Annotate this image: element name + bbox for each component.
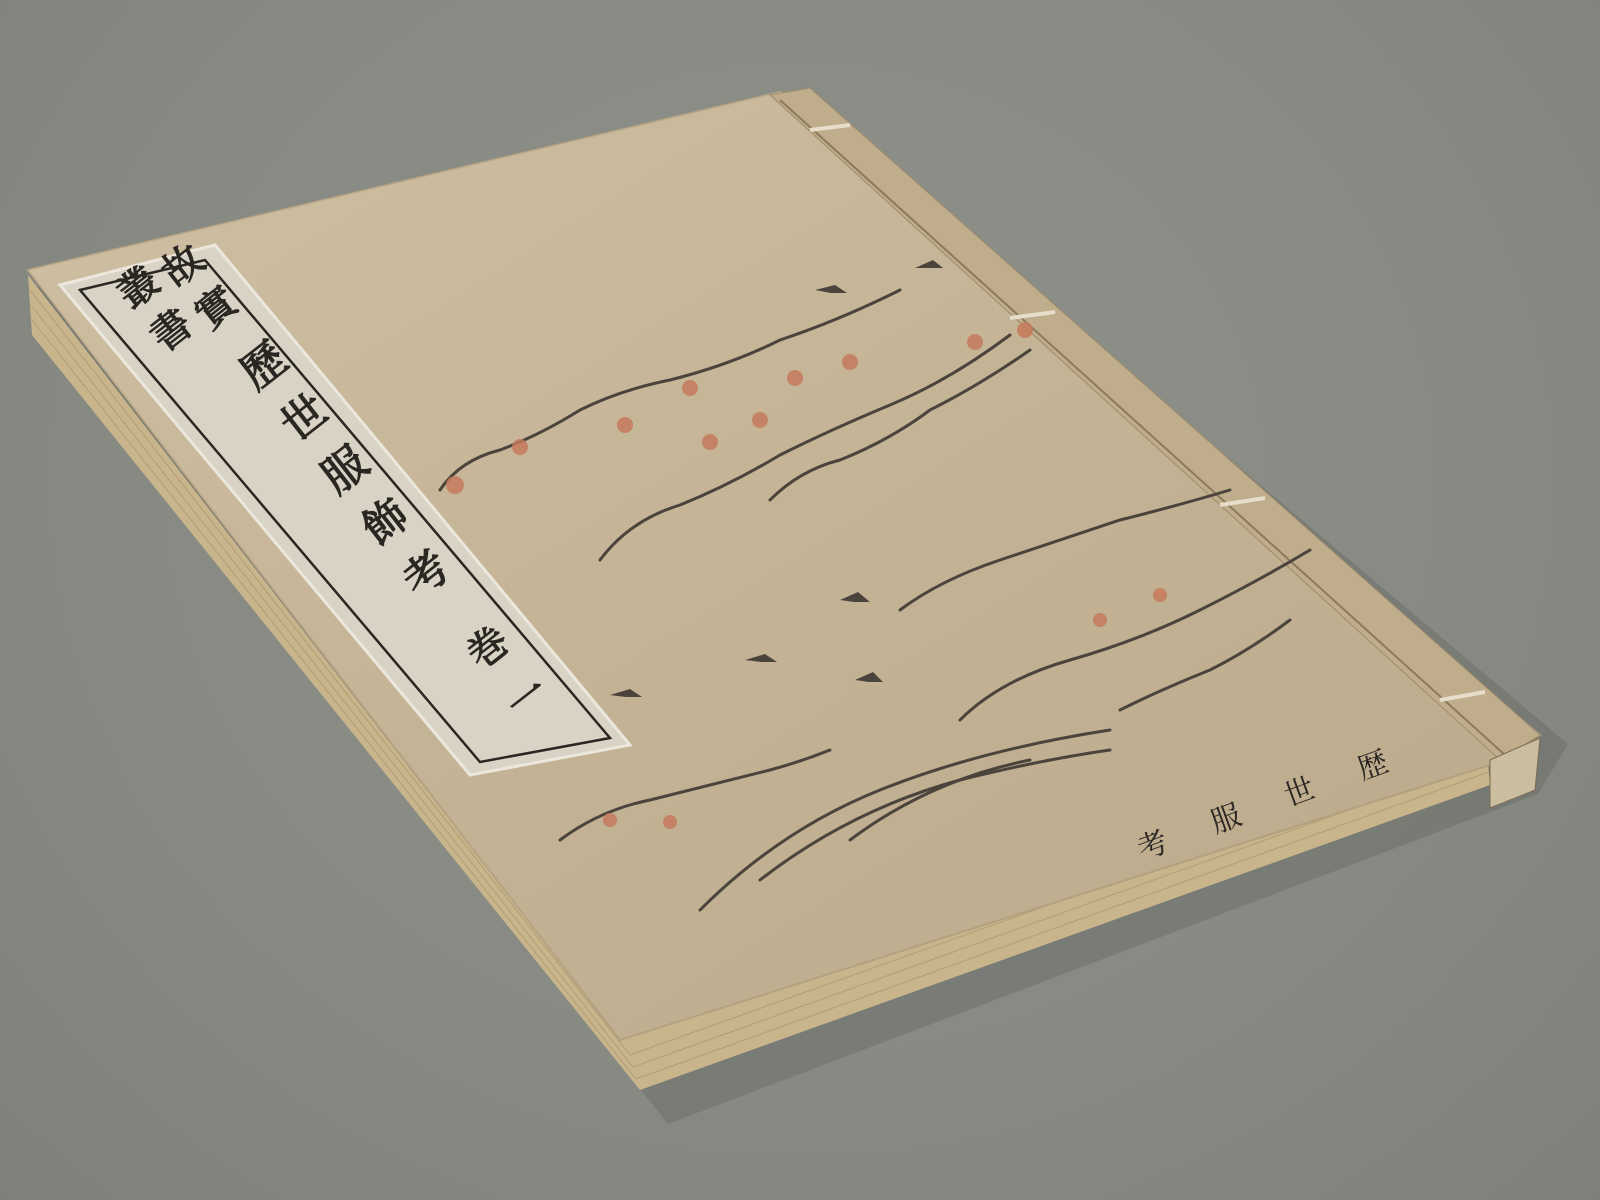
photo-scene: 故實 叢書 歷世服飾考 巻一 歴 世 服 考	[0, 0, 1600, 1200]
book-illustration	[0, 0, 1600, 1200]
